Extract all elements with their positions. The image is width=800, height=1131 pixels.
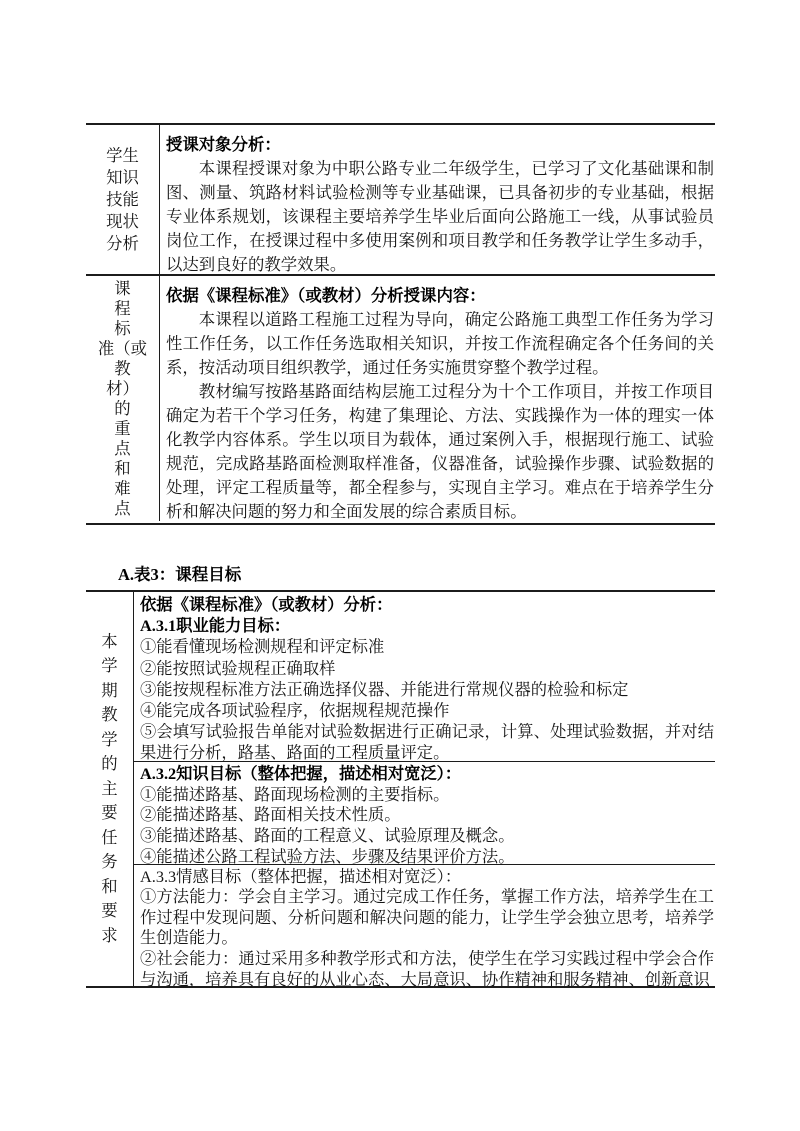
objective-line: ①方法能力：学会自主学习。通过完成工作任务，掌握工作方法，培养学生在工作过程中发… [140,887,714,949]
objective-line: 依据《课程标准》（或教材）分析： [140,594,714,615]
objective-line: ③能描述路基、路面的工程意义、试验原理及概念。 [140,826,714,847]
section-emotion-objectives: A.3.3情感目标（整体把握，描述相对宽泛）：①方法能力：学会自主学习。通过完成… [134,864,715,986]
vertical-header-semester-tasks: 本学期教学的主要任务和要求 [86,592,134,986]
vertical-header-line: 求 [101,924,117,949]
vertical-header-line: 难 [114,479,130,499]
vertical-header-line: 标 [114,319,130,339]
table-row: 学生知识技能现状分析 授课对象分析： 本课程授课对象为中职公路专业二年级学生，已… [86,125,715,274]
document-page: 学生知识技能现状分析 授课对象分析： 本课程授课对象为中职公路专业二年级学生，已… [0,0,800,1131]
vertical-header-line: 期 [101,679,117,704]
analysis-table: 学生知识技能现状分析 授课对象分析： 本课程授课对象为中职公路专业二年级学生，已… [86,123,715,525]
paragraph: 教材编写按路基路面结构层施工过程分为十个工作项目，并按工作项目确定为若干个学习任… [166,380,714,521]
course-objectives-table: 本学期教学的主要任务和要求 依据《课程标准》（或教材）分析：A.3.1职业能力目… [86,590,715,988]
vertical-header-line: 材） [106,379,139,399]
vertical-header-line: 本 [101,630,117,655]
vertical-header-line: 要 [101,801,117,826]
vertical-header-line: 学 [101,728,117,753]
vertical-header-line: 和 [101,875,117,900]
vertical-header-line: 主 [101,777,117,802]
vertical-header-line: 教 [101,703,117,728]
vertical-header-line: 的 [114,399,130,419]
paragraph: 本课程以道路工程施工过程为导向，确定公路施工典型工作任务为学习性工作任务，以工作… [166,308,714,380]
section-career-objectives: 依据《课程标准》（或教材）分析：A.3.1职业能力目标：①能看懂现场检测规程和评… [134,592,715,761]
objective-line: ④能完成各项试验程序，依据规程规范操作 [140,700,714,721]
objective-line: ①能描述路基、路面现场检测的主要指标。 [140,785,714,806]
vertical-header-line: 学生 [106,145,139,167]
vertical-header-line: 重 [114,419,130,439]
vertical-header-line: 程 [114,299,130,319]
table-row: 课程标准（或教材）的重点和难点 依据《课程标准》（或教材）分析授课内容： 本课程… [86,274,715,521]
objective-line: ⑤会填写试验报告单能对试验数据进行正确记录，计算、处理试验数据，并对结果进行分析… [140,721,714,761]
objective-line: A.3.3情感目标（整体把握，描述相对宽泛）： [140,867,714,888]
objective-line: ②能描述路基、路面相关技术性质。 [140,805,714,826]
objective-line: ③能按规程标准方法正确选择仪器、并能进行常规仪器的检验和标定 [140,679,714,700]
vertical-header: 学生知识技能现状分析 [86,125,160,274]
section-heading: A.表3：课程目标 [118,563,241,587]
vertical-header-line: 教 [114,359,130,379]
vertical-header-line: 现状 [106,211,139,233]
cell-title: 授课对象分析： [166,133,715,157]
vertical-header-line: 课 [114,279,130,299]
objective-line: A.3.2知识目标（整体把握，描述相对宽泛）： [140,764,714,785]
cell-title: 依据《课程标准》（或教材）分析授课内容： [166,284,715,308]
vertical-header-line: 准（或 [98,339,147,359]
vertical-header-line: 分析 [106,233,139,255]
vertical-header-line: 学 [101,654,117,679]
objectives-body: 依据《课程标准》（或教材）分析：A.3.1职业能力目标：①能看懂现场检测规程和评… [134,592,715,986]
paragraph: 本课程授课对象为中职公路专业二年级学生，已学习了文化基础课和制图、测量、筑路材料… [166,157,714,274]
objective-line: ②社会能力：通过采用多种教学形式和方法，使学生在学习实践过程中学会合作与沟通，培… [140,949,714,986]
objective-line: ④能描述公路工程试验方法、步骤及结果评价方法。 [140,847,714,864]
vertical-header-line: 要 [101,899,117,924]
vertical-header-line: 的 [101,752,117,777]
vertical-header-line: 知识 [106,167,139,189]
vertical-header-line: 点 [114,499,130,519]
objective-line: ②能按照试验规程正确取样 [140,658,714,679]
vertical-header: 课程标准（或教材）的重点和难点 [86,276,160,521]
vertical-header-line: 任 [101,826,117,851]
objective-line: ①能看懂现场检测规程和评定标准 [140,636,714,657]
vertical-header-line: 和 [114,459,130,479]
vertical-header-line: 技能 [106,189,139,211]
section-knowledge-objectives: A.3.2知识目标（整体把握，描述相对宽泛）：①能描述路基、路面现场检测的主要指… [134,761,715,863]
objective-line: A.3.1职业能力目标： [140,615,714,636]
vertical-header-line: 点 [114,439,130,459]
vertical-header-line: 务 [101,850,117,875]
content-cell: 授课对象分析： 本课程授课对象为中职公路专业二年级学生，已学习了文化基础课和制图… [160,125,715,274]
content-cell: 依据《课程标准》（或教材）分析授课内容： 本课程以道路工程施工过程为导向，确定公… [160,276,715,521]
